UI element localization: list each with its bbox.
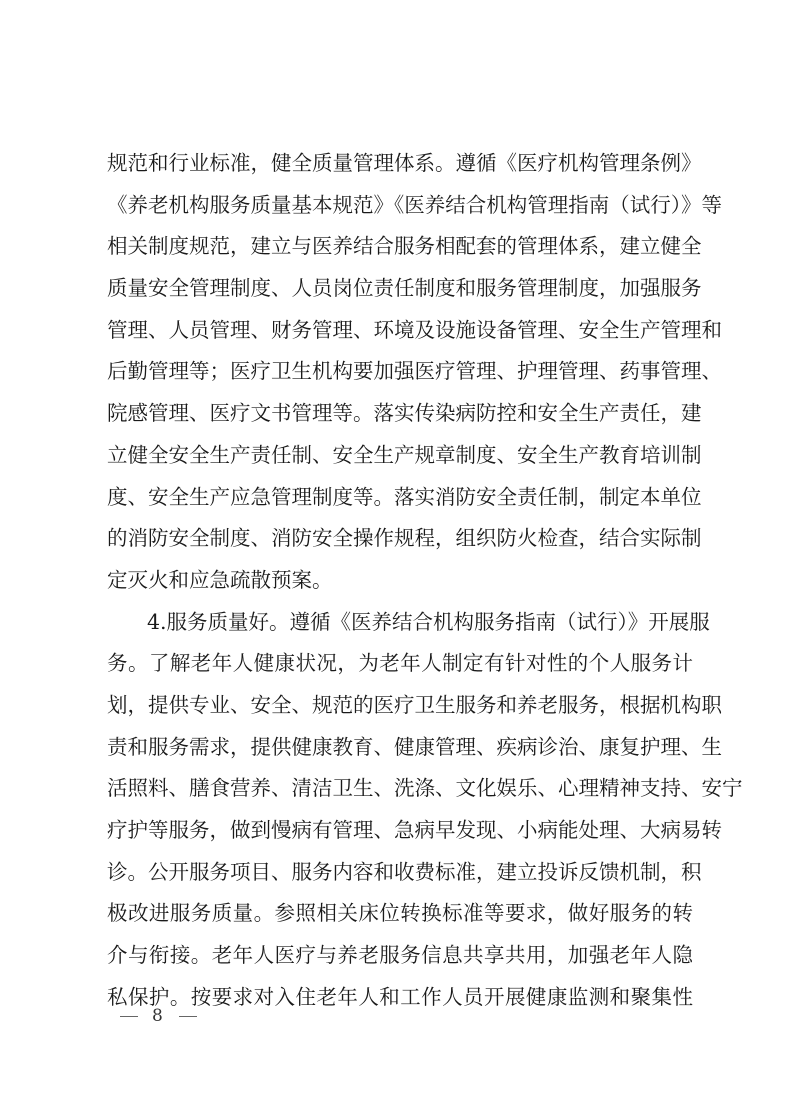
text-line: 极改进服务质量。参照相关床位转换标准等要求，做好服务的转: [107, 893, 693, 935]
text-line: 规范和行业标准，健全质量管理体系。遵循《医疗机构管理条例》: [107, 143, 693, 185]
document-page: 规范和行业标准，健全质量管理体系。遵循《医疗机构管理条例》 《养老机构服务质量基…: [0, 0, 789, 1118]
page-number-value: 8: [152, 1006, 165, 1026]
text-line: 介与衔接。老年人医疗与养老服务信息共享共用，加强老年人隐: [107, 935, 693, 977]
text-line: 责和服务需求，提供健康教育、健康管理、疾病诊治、康复护理、生: [107, 727, 693, 769]
text-line: 立健全安全生产责任制、安全生产规章制度、安全生产教育培训制: [107, 435, 693, 477]
text-line: 后勤管理等；医疗卫生机构要加强医疗管理、护理管理、药事管理、: [107, 351, 693, 393]
text-line: 划，提供专业、安全、规范的医疗卫生服务和养老服务，根据机构职: [107, 685, 693, 727]
page-number: 8: [120, 1006, 197, 1026]
text-line: 院感管理、医疗文书管理等。落实传染病防控和安全生产责任，建: [107, 393, 693, 435]
section-heading-line: 4.服务质量好。遵循《医养结合机构服务指南（试行）》开展服: [107, 602, 693, 644]
paragraph-end-line: 定灭火和应急疏散预案。: [107, 560, 693, 602]
dash-left: [120, 1016, 138, 1017]
text-line: 的消防安全制度、消防安全操作规程，组织防火检查，结合实际制: [107, 518, 693, 560]
body-text: 规范和行业标准，健全质量管理体系。遵循《医疗机构管理条例》 《养老机构服务质量基…: [107, 143, 693, 1018]
text-line: 诊。公开服务项目、服务内容和收费标准，建立投诉反馈机制，积: [107, 852, 693, 894]
text-line: 务。了解老年人健康状况，为老年人制定有针对性的个人服务计: [107, 643, 693, 685]
text-line: 《养老机构服务质量基本规范》《医养结合机构管理指南（试行）》等: [107, 185, 693, 227]
text-line: 疗护等服务，做到慢病有管理、急病早发现、小病能处理、大病易转: [107, 810, 693, 852]
text-line: 质量安全管理制度、人员岗位责任制度和服务管理制度，加强服务: [107, 268, 693, 310]
text-line: 相关制度规范，建立与医养结合服务相配套的管理体系，建立健全: [107, 226, 693, 268]
text-line: 活照料、膳食营养、清洁卫生、洗涤、文化娱乐、心理精神支持、安宁: [107, 768, 693, 810]
text-line: 管理、人员管理、财务管理、环境及设施设备管理、安全生产管理和: [107, 310, 693, 352]
text-line: 度、安全生产应急管理制度等。落实消防安全责任制，制定本单位: [107, 477, 693, 519]
dash-right: [179, 1016, 197, 1017]
